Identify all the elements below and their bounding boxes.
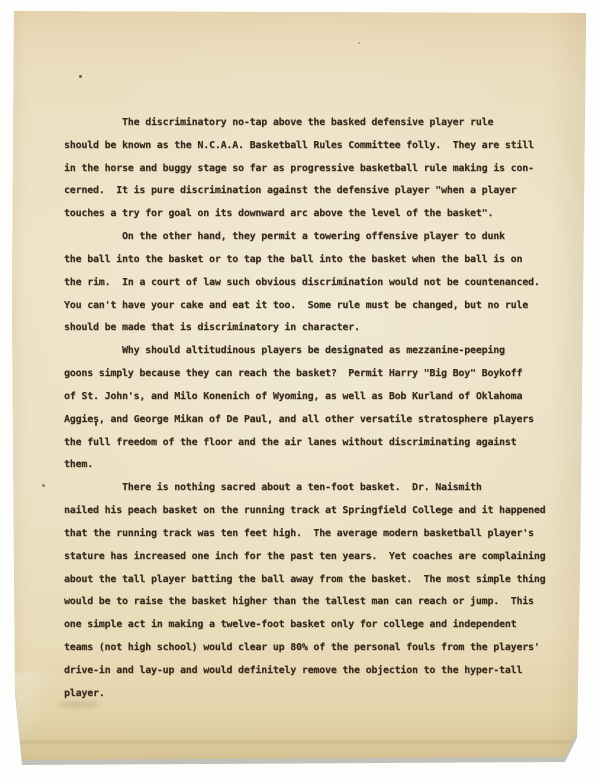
text-line: player. xyxy=(64,683,564,706)
typewritten-text: The discriminatory no-tap above the bask… xyxy=(64,112,564,706)
text-line: There is nothing sacred about a ten-foot… xyxy=(64,477,564,500)
paper-speck xyxy=(42,484,45,487)
text-line: the ball into the basket or to tap the b… xyxy=(64,249,564,272)
text-line: stature has increased one inch for the p… xyxy=(64,546,564,569)
text-line: the full freedom of the floor and the ai… xyxy=(64,432,564,455)
text-line: of St. John's, and Milo Konenich of Wyom… xyxy=(64,386,564,409)
text-line: You can't have your cake and eat it too.… xyxy=(64,295,564,318)
text-line: On the other hand, they permit a towerin… xyxy=(64,226,564,249)
text-line: should be known as the N.C.A.A. Basketba… xyxy=(64,135,564,158)
text-line: one simple act in making a twelve-foot b… xyxy=(64,614,564,637)
text-line: the rim. In a court of law such obvious … xyxy=(64,272,564,295)
text-line: that the running track was ten feet high… xyxy=(64,523,564,546)
text-line: should be made that is discriminatory in… xyxy=(64,317,564,340)
text-line: in the horse and buggy stage so far as p… xyxy=(64,158,564,181)
text-line: The discriminatory no-tap above the bask… xyxy=(64,112,564,135)
paper-speck xyxy=(358,42,360,44)
scanned-document-page: The discriminatory no-tap above the bask… xyxy=(0,0,600,777)
paper-speck xyxy=(79,75,82,78)
text-line: Why should altitudinous players be desig… xyxy=(64,340,564,363)
text-line: goons simply because they can reach the … xyxy=(64,363,564,386)
text-line: drive-in and lay-up and would definitely… xyxy=(64,660,564,683)
text-line: them. xyxy=(64,454,564,477)
text-line: Aggies, and George Mikan of De Paul, and… xyxy=(64,409,564,432)
text-line: would be to raise the basket higher than… xyxy=(64,591,564,614)
text-line: about the tall player batting the ball a… xyxy=(64,569,564,592)
text-line: nailed his peach basket on the running t… xyxy=(64,500,564,523)
text-line: teams (not high school) would clear up 8… xyxy=(64,637,564,660)
text-line: cerned. It is pure discrimination agains… xyxy=(64,180,564,203)
text-line: touches a try for goal on its downward a… xyxy=(64,203,564,226)
